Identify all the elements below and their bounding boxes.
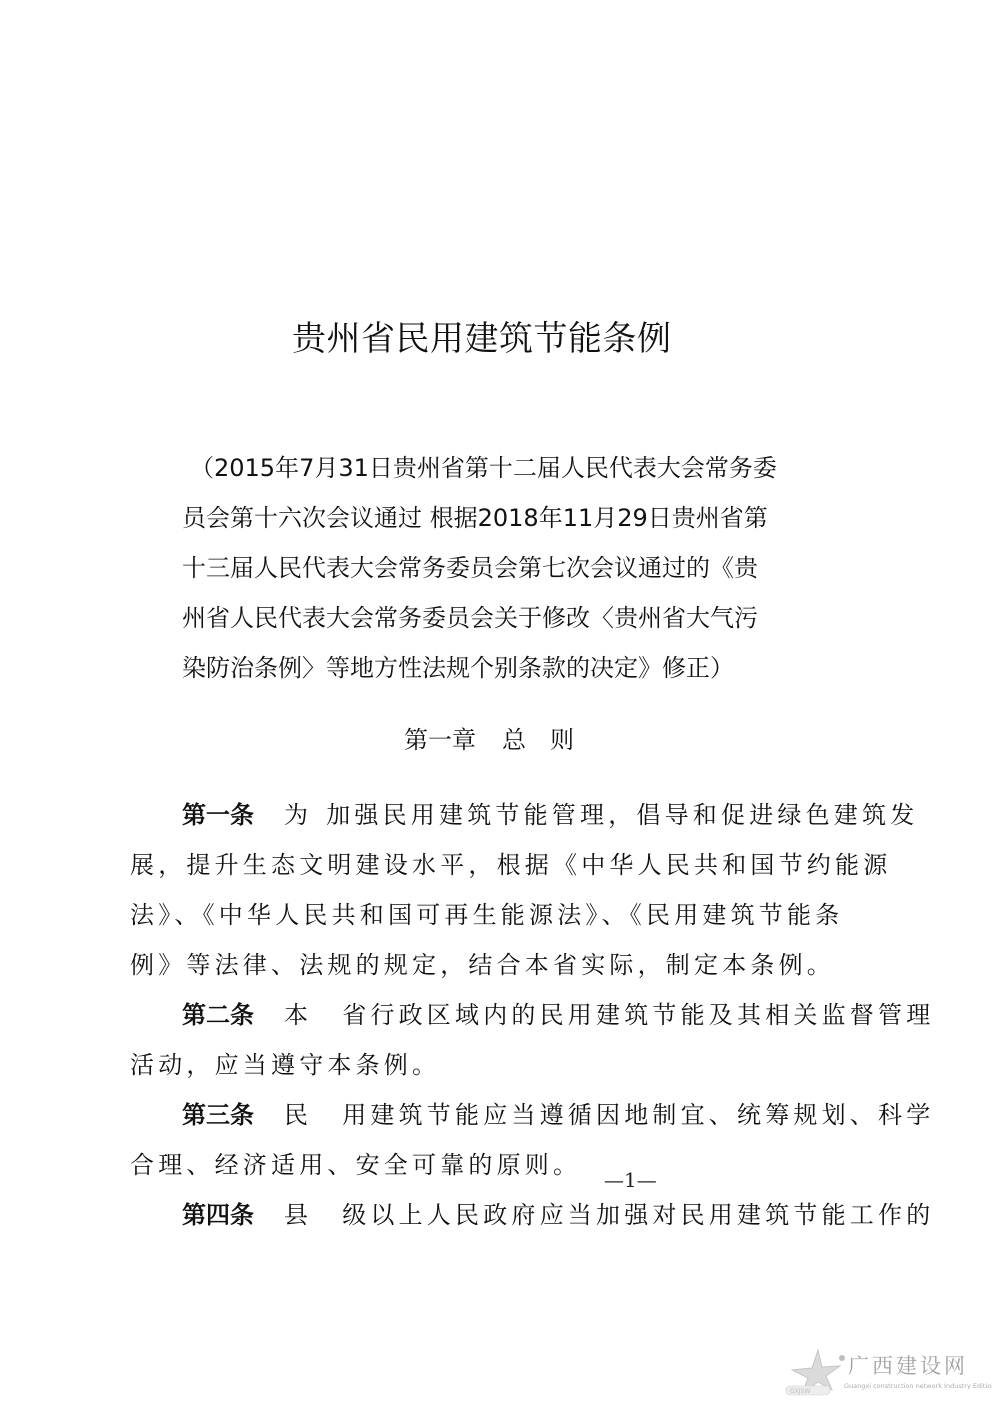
chapter-number: 第一章 (404, 726, 476, 754)
star-logo-icon: GXJSW (782, 1348, 846, 1398)
page-number: —1— (604, 1168, 657, 1192)
article-3-line-1: 第三条民用建筑节能应当遵循因地制宜、统筹规划、科学 (182, 1103, 934, 1127)
article-1-line-3: 法》、《中华人民共和国可再生能源法》、《民用建筑节能条 (130, 903, 843, 927)
article-2-line-2: 活动，应当遵守本条例。 (130, 1053, 440, 1077)
chapter-name: 总 则 (502, 726, 574, 754)
article-1-line-1: 第一条为加强民用建筑节能管理，倡导和促进绿色建筑发 (182, 803, 918, 827)
article-4-text-1: 级以上人民政府应当加强对民用建筑节能工作的 (342, 1201, 934, 1229)
watermark-badge: GXJSW (790, 1388, 810, 1395)
article-4-line-1: 第四条县级以上人民政府应当加强对民用建筑节能工作的 (182, 1203, 934, 1227)
article-3-text-1: 用建筑节能应当遵循因地制宜、统筹规划、科学 (342, 1101, 934, 1129)
article-2-line-1: 第二条本省行政区域内的民用建筑节能及其相关监督管理 (182, 1003, 934, 1027)
article-4-first-char: 县 (284, 1201, 312, 1229)
article-3-heading: 第三条 (182, 1101, 254, 1129)
article-3-line-2: 合理、经济适用、安全可靠的原则。 (130, 1153, 581, 1177)
article-3-first-char: 民 (284, 1101, 312, 1129)
article-2-heading: 第二条 (182, 1001, 254, 1029)
article-1-line-4: 例》等法律、法规的规定，结合本省实际，制定本条例。 (130, 953, 835, 977)
document-page: 贵州省民用建筑节能条例 （2015年7月31日贵州省第十二届人民代表大会常务委 … (0, 0, 992, 1403)
document-title: 贵州省民用建筑节能条例 (292, 322, 672, 356)
article-1-line-2: 展，提升生态文明建设水平，根据《中华人民共和国节约能源 (130, 853, 891, 877)
adoption-note-line-1: （2015年7月31日贵州省第十二届人民代表大会常务委 (190, 456, 777, 480)
adoption-note-line-4: 州省人民代表大会常务委员会关于修改〈贵州省大气污 (182, 606, 758, 630)
article-4-heading: 第四条 (182, 1201, 254, 1229)
article-2-text-1: 省行政区域内的民用建筑节能及其相关监督管理 (342, 1001, 934, 1029)
adoption-note-line-2: 员会第十六次会议通过 根据2018年11月29日贵州省第 (182, 506, 768, 530)
watermark-subtitle: Guangxi construction network Industry Ed… (844, 1382, 992, 1390)
article-1-text-1: 加强民用建筑节能管理，倡导和促进绿色建筑发 (326, 801, 918, 829)
article-1-heading: 第一条 (182, 801, 254, 829)
adoption-note-line-5: 染防治条例〉等地方性法规个别条款的决定》修正） (182, 656, 734, 680)
article-1-first-char: 为 (284, 801, 312, 829)
watermark-logo: GXJSW 广西建设网 Guangxi construction network… (782, 1348, 988, 1398)
adoption-note-line-3: 十三届人民代表大会常务委员会第七次会议通过的《贵 (182, 556, 758, 580)
article-2-first-char: 本 (284, 1001, 312, 1029)
watermark-name: 广西建设网 (848, 1350, 968, 1380)
chapter-heading: 第一章总 则 (404, 728, 574, 752)
